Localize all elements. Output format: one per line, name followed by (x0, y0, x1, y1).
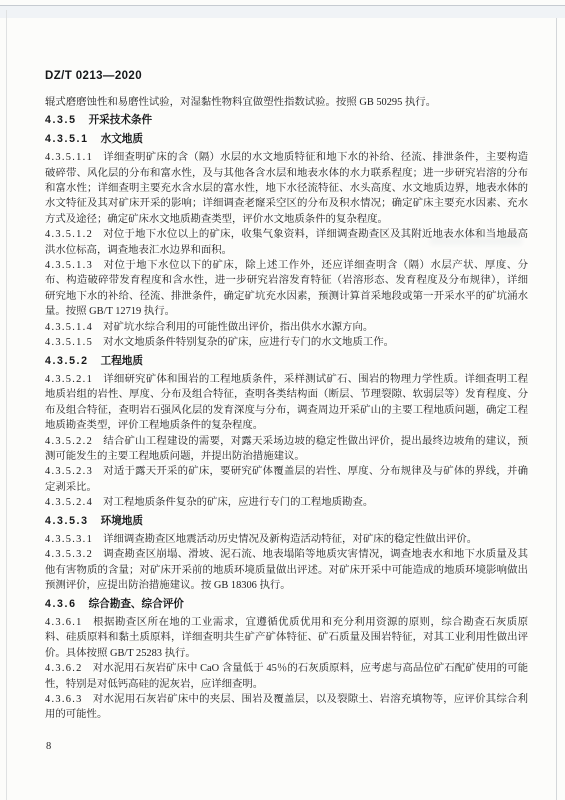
clause-number: 4.3.5.1.4 (45, 322, 93, 333)
section-heading: 4.3.5.3环境地质 (45, 514, 528, 529)
clause-number: 4.3.5.2.3 (45, 466, 93, 477)
heading-title: 工程地质 (101, 355, 143, 367)
heading-title: 水文地质 (101, 133, 143, 145)
section-heading: 4.3.6综合勘查、综合评价 (45, 597, 528, 612)
scan-edge-top (0, 5, 565, 18)
clause-number: 4.3.5 (45, 114, 77, 126)
standard-number: DZ/T 0213—2020 (45, 70, 142, 82)
heading-title: 环境地质 (101, 515, 143, 527)
clause-number: 4.3.6 (45, 598, 77, 610)
clause-text: 详细研究矿体和围岩的工程地质条件，采样测试矿石、围岩的物理力学性质。详细查明工程… (45, 374, 528, 431)
clause-paragraph: 4.3.5.1.5对水文地质条件特别复杂的矿床，应进行专门的水文地质工作。 (45, 335, 528, 350)
clause-number: 4.3.6.1 (45, 617, 83, 628)
clause-text: 对工程地质条件复杂的矿床，应进行专门的工程地质勘查。 (103, 497, 373, 508)
clause-text: 对水文地质条件特别复杂的矿床，应进行专门的水文地质工作。 (103, 337, 394, 348)
clause-number: 4.3.5.3 (45, 515, 89, 527)
clause-paragraph: 4.3.6.3对水泥用石灰岩矿床中的夹层、围岩及覆盖层，以及裂隙土、岩溶充填物等… (45, 692, 528, 723)
clause-paragraph: 4.3.5.2.1详细研究矿体和围岩的工程地质条件，采样测试矿石、围岩的物理力学… (45, 372, 528, 434)
clause-number: 4.3.5.2.1 (45, 374, 93, 385)
clause-paragraph: 4.3.5.3.1详细调查勘查区地震活动历史情况及新构造活动特征，对矿床的稳定性… (45, 532, 528, 547)
clause-paragraph: 4.3.5.1.2对位于地下水位以上的矿床，收集气象资料，详细调查勘查区及其附近… (45, 227, 528, 258)
clause-paragraph: 4.3.5.1.1详细查明矿床的含（隔）水层的水文地质特征和地下水的补给、径流、… (45, 150, 528, 227)
clause-number: 4.3.5.1.1 (45, 152, 93, 163)
scan-edge-right (556, 18, 557, 800)
document-body: 辊式磨磨蚀性和易磨性试验，对湿黏性物料宜做塑性指数试验。按照 GB 50295 … (45, 95, 528, 723)
clause-text: 对水泥用石灰岩矿床中的夹层、围岩及覆盖层，以及裂隙土、岩溶充填物等，应评价其综合… (45, 694, 528, 720)
document-page: DZ/T 0213—2020 辊式磨磨蚀性和易磨性试验，对湿黏性物料宜做塑性指数… (0, 0, 565, 800)
clause-paragraph: 4.3.5.2.2结合矿山工程建设的需要，对露天采场边坡的稳定性做出评价，提出最… (45, 434, 528, 465)
clause-number: 4.3.5.1.3 (45, 260, 93, 271)
page-number: 8 (46, 741, 51, 752)
clause-text: 调查勘查区崩塌、滑坡、泥石流、地表塌陷等地质灾害情况，调查地表水和地下水质量及其… (45, 549, 528, 591)
clause-text: 结合矿山工程建设的需要，对露天采场边坡的稳定性做出评价，提出最终边坡角的建议，预… (45, 436, 528, 462)
clause-text: 对适于露天开采的矿床，要研究矿体覆盖层的岩性、厚度、分布规律及与矿体的界线，并确… (45, 466, 528, 492)
clause-text: 根据勘查区所在地的工业需求，宜遵循优质优用和充分利用资源的原则，综合勘查石灰质原… (45, 617, 528, 659)
clause-text: 详细查明矿床的含（隔）水层的水文地质特征和地下水的补给、径流、排泄条件，主要构造… (45, 152, 528, 225)
clause-text: 对位于地下水位以上的矿床，收集气象资料，详细调查勘查区及其附近地表水体和当地最高… (45, 229, 528, 255)
heading-title: 综合勘查、综合评价 (89, 598, 184, 610)
clause-paragraph: 4.3.5.2.4对工程地质条件复杂的矿床，应进行专门的工程地质勘查。 (45, 495, 528, 510)
clause-number: 4.3.5.1 (45, 133, 89, 145)
clause-number: 4.3.5.3.2 (45, 549, 93, 560)
section-heading: 4.3.5.2工程地质 (45, 354, 528, 369)
section-heading: 4.3.5开采技术条件 (45, 113, 528, 128)
clause-paragraph: 4.3.6.2对水泥用石灰岩矿床中 CaO 含量低于 45％的石灰质原料，应考虑… (45, 661, 528, 692)
body-paragraph: 辊式磨磨蚀性和易磨性试验，对湿黏性物料宜做塑性指数试验。按照 GB 50295 … (45, 95, 528, 110)
scan-edge-left (6, 10, 7, 800)
clause-text: 对位于地下水位以下的矿床，除上述工作外，还应详细查明含（隔）水层产状、厚度、分布… (45, 260, 528, 317)
clause-paragraph: 4.3.5.3.2调查勘查区崩塌、滑坡、泥石流、地表塌陷等地质灾害情况，调查地表… (45, 547, 528, 593)
clause-text: 对水泥用石灰岩矿床中 CaO 含量低于 45％的石灰质原料，应考虑与高品位矿石配… (45, 663, 528, 689)
clause-number: 4.3.5.3.1 (45, 534, 93, 545)
clause-number: 4.3.5.2.4 (45, 497, 93, 508)
clause-number: 4.3.6.2 (45, 663, 83, 674)
clause-text: 详细调查勘查区地震活动历史情况及新构造活动特征，对矿床的稳定性做出评价。 (103, 534, 477, 545)
clause-paragraph: 4.3.6.1根据勘查区所在地的工业需求，宜遵循优质优用和充分利用资源的原则，综… (45, 615, 528, 661)
clause-number: 4.3.5.1.2 (45, 229, 93, 240)
clause-number: 4.3.5.2.2 (45, 436, 93, 447)
section-heading: 4.3.5.1水文地质 (45, 132, 528, 147)
clause-paragraph: 4.3.5.2.3对适于露天开采的矿床，要研究矿体覆盖层的岩性、厚度、分布规律及… (45, 464, 528, 495)
heading-title: 开采技术条件 (89, 114, 153, 126)
clause-text: 辊式磨磨蚀性和易磨性试验，对湿黏性物料宜做塑性指数试验。按照 GB 50295 … (45, 97, 436, 108)
clause-number: 4.3.6.3 (45, 694, 83, 705)
clause-paragraph: 4.3.5.1.4对矿坑水综合利用的可能性做出评价，指出供水水源方向。 (45, 320, 528, 335)
clause-paragraph: 4.3.5.1.3对位于地下水位以下的矿床，除上述工作外，还应详细查明含（隔）水… (45, 258, 528, 320)
clause-number: 4.3.5.1.5 (45, 337, 93, 348)
clause-number: 4.3.5.2 (45, 355, 89, 367)
clause-text: 对矿坑水综合利用的可能性做出评价，指出供水水源方向。 (103, 322, 373, 333)
